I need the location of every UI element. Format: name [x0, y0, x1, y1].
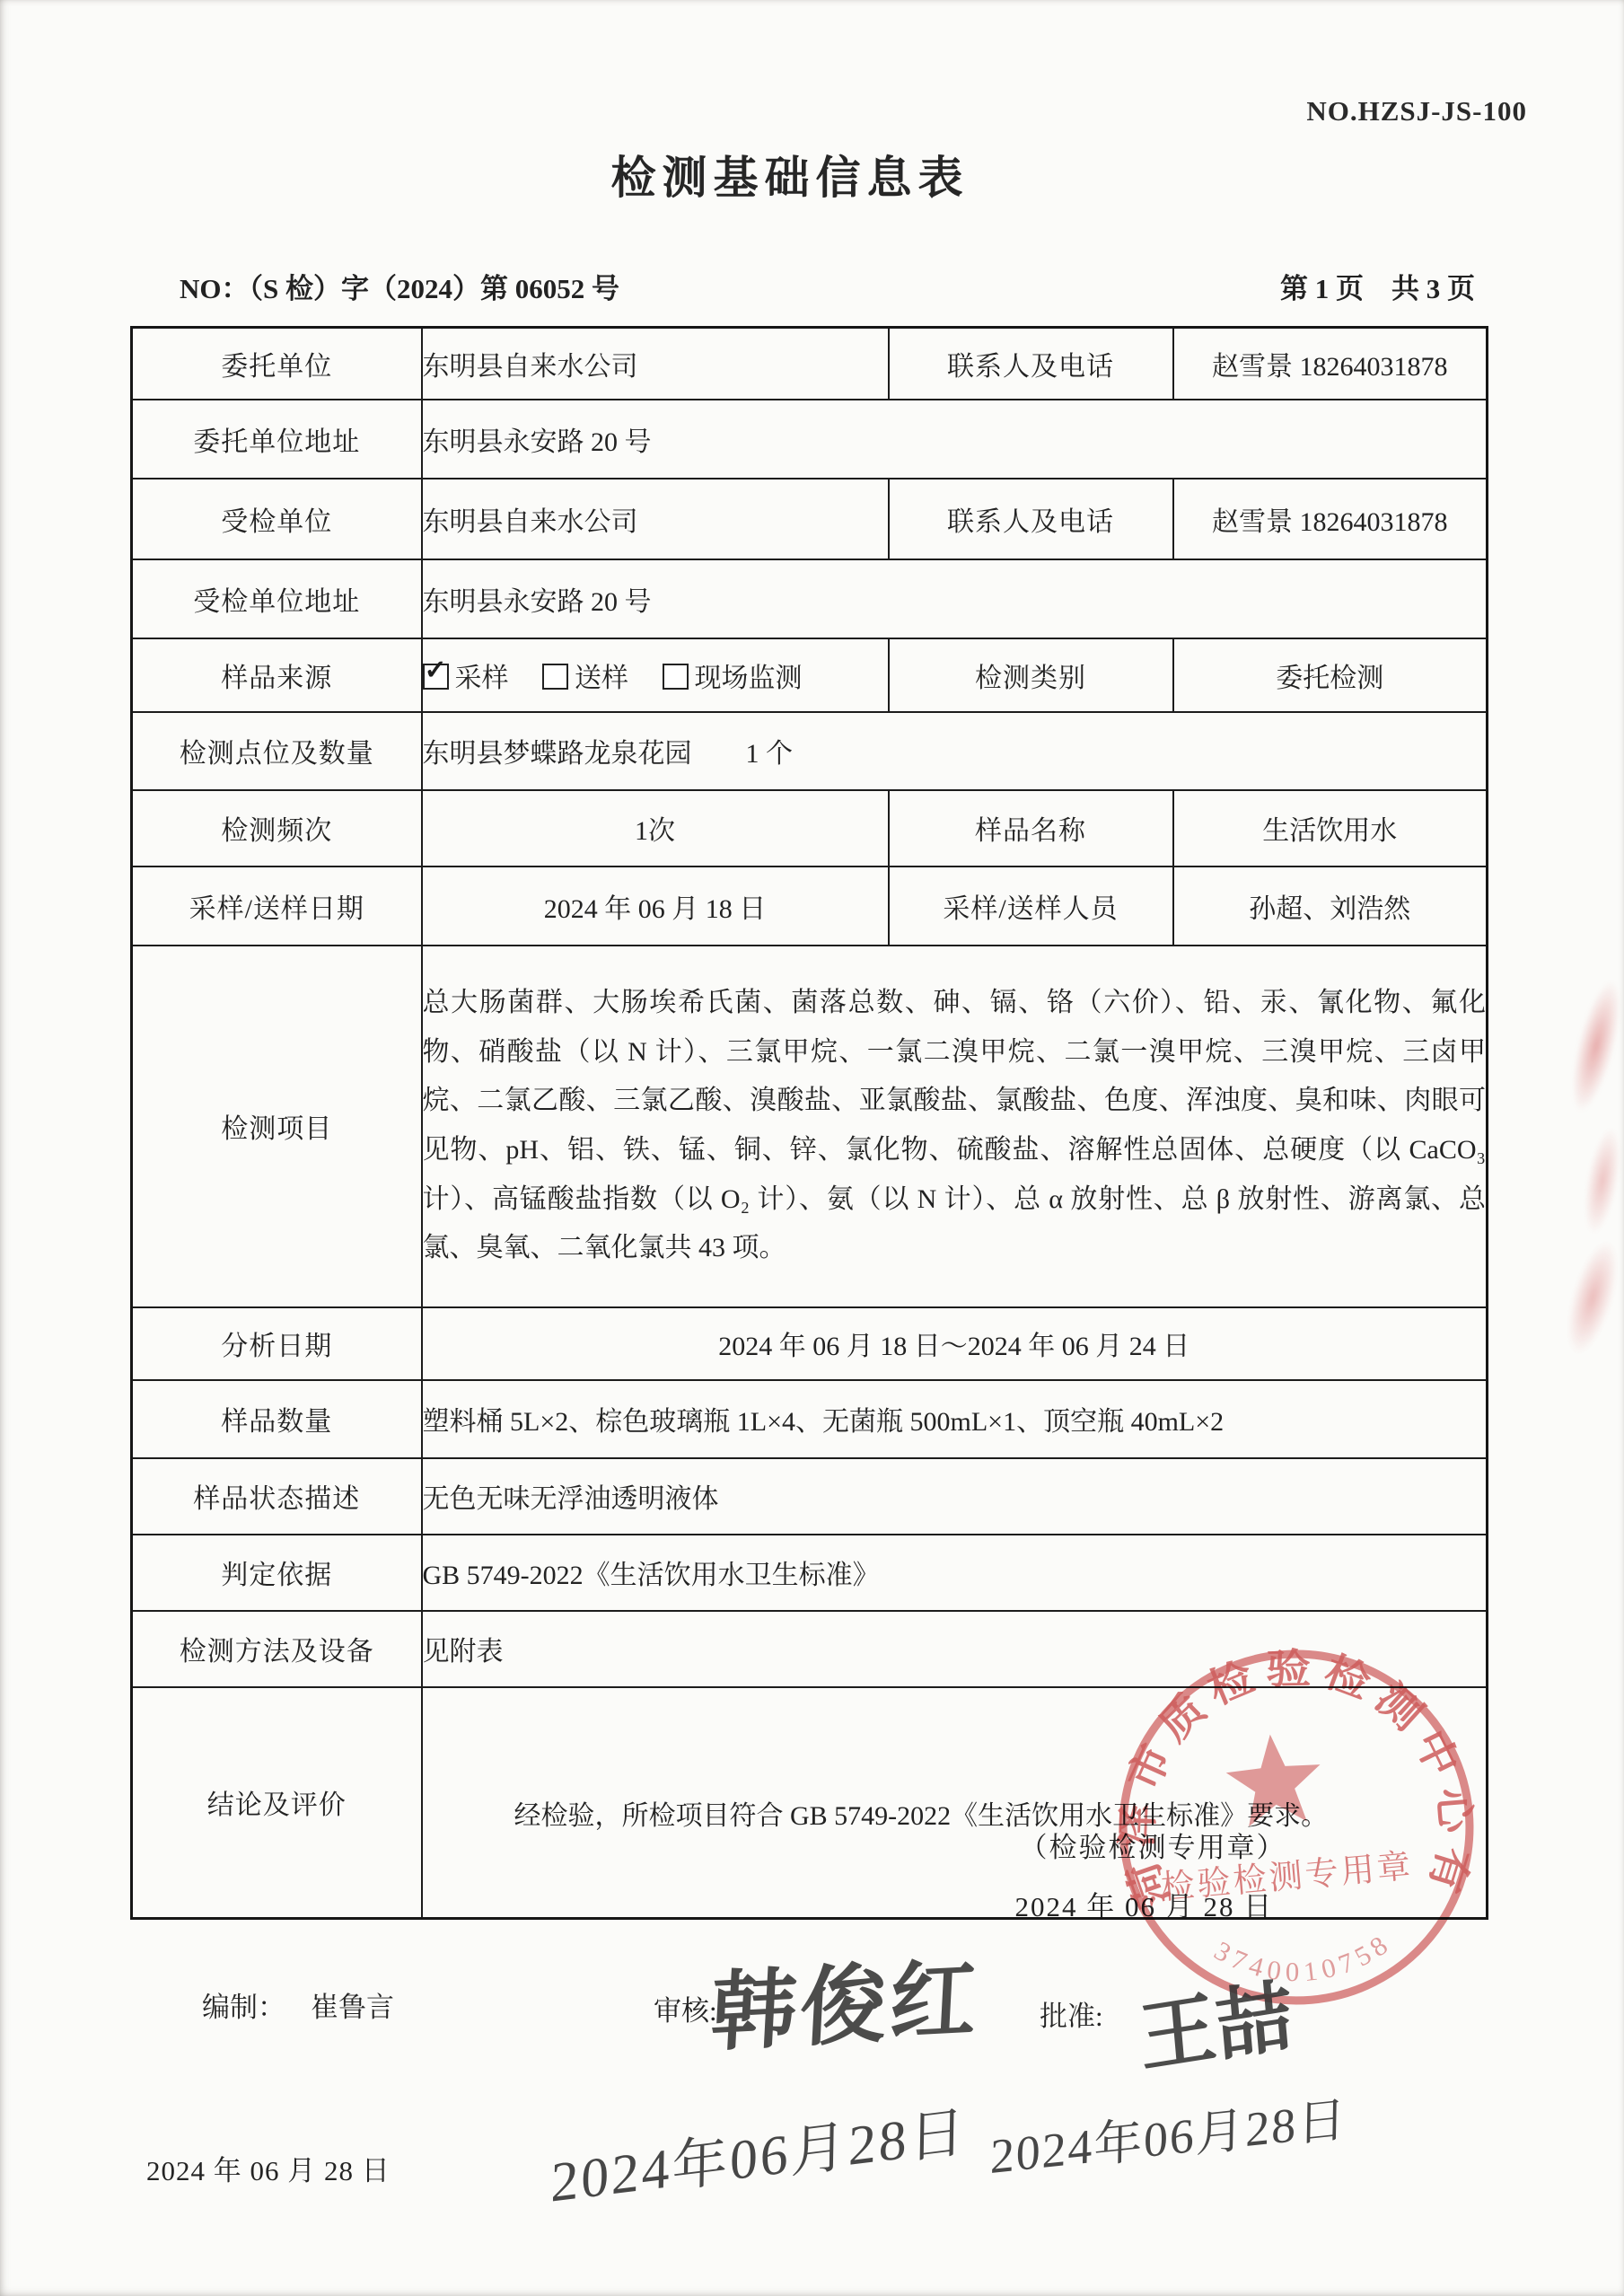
sample-state-value: 无色无味无浮油透明液体: [422, 1458, 1488, 1535]
seal-note: （检验检测专用章）: [1020, 1825, 1286, 1865]
prepared-label: 编制：: [202, 1992, 285, 2023]
option-sampling: ✓采样: [423, 664, 509, 693]
prepared-name: 崔鲁言: [311, 1992, 394, 2023]
report-number: NO：（S 检）字（2024）第 06052 号: [180, 266, 619, 306]
report-number-line: NO：（S 检）字（2024）第 06052 号 第 1 页 共 3 页: [130, 266, 1486, 306]
inspected-contact-label: 联系人及电话: [889, 479, 1173, 559]
info-table: 委托单位 东明县自来水公司 联系人及电话 赵雪景 18264031878 委托单…: [130, 326, 1488, 1920]
sampling-date-value: 2024 年 06 月 18 日: [422, 866, 889, 946]
prepared-by: 编制：崔鲁言: [202, 1984, 394, 2025]
checkbox-sampling-checked: ✓: [423, 664, 449, 690]
table-row: 受检单位 东明县自来水公司 联系人及电话 赵雪景 18264031878: [132, 479, 1488, 559]
option-sampling-label: 采样: [455, 664, 509, 693]
table-row: 检测方法及设备 见附表: [132, 1611, 1488, 1687]
inspected-address-value: 东明县永安路 20 号: [422, 559, 1488, 638]
frequency-value: 1次: [422, 790, 889, 866]
approver-signature-date: 2024年06月28日: [989, 2080, 1347, 2187]
sample-source-options: ✓采样 送样 现场监测: [422, 638, 889, 712]
sampling-points-value: 东明县梦蝶路龙泉花园 1 个: [422, 712, 1488, 790]
table-row: 样品状态描述 无色无味无浮油透明液体: [132, 1458, 1488, 1535]
conclusion-label: 结论及评价: [132, 1687, 422, 1919]
client-contact-label: 联系人及电话: [889, 328, 1173, 400]
table-row: 检测频次 1次 样品名称 生活饮用水: [132, 790, 1488, 866]
inspected-address-label: 受检单位地址: [132, 559, 422, 638]
sample-quantity-label: 样品数量: [132, 1380, 422, 1458]
conclusion-cell: 经检验，所检项目符合 GB 5749-2022《生活饮用水卫生标准》要求。 （检…: [422, 1687, 1488, 1919]
client-value: 东明县自来水公司: [422, 328, 889, 400]
inspected-unit-label: 受检单位: [132, 479, 422, 559]
approver-signature: 王喆: [1135, 1953, 1297, 2089]
page-title: 检测基础信息表: [0, 142, 1580, 207]
test-category-value: 委托检测: [1173, 638, 1488, 712]
check-icon: ✓: [425, 657, 447, 684]
personnel-label: 采样/送样人员: [889, 866, 1173, 946]
approved-label: 批准:: [1040, 1993, 1103, 2034]
conclusion-date: 2024 年 06 月 28 日: [1015, 1884, 1274, 1919]
client-address-label: 委托单位地址: [132, 400, 422, 479]
analysis-date-value: 2024 年 06 月 18 日～2024 年 06 月 24 日: [422, 1307, 1488, 1380]
sampling-points-label: 检测点位及数量: [132, 712, 422, 790]
test-items-value: 总大肠菌群、大肠埃希氏菌、菌落总数、砷、镉、铬（六价）、铅、汞、氰化物、氟化物、…: [422, 946, 1488, 1307]
table-row: 委托单位地址 东明县永安路 20 号: [132, 400, 1488, 479]
document-page: NO.HZSJ-JS-100 检测基础信息表 NO：（S 检）字（2024）第 …: [0, 0, 1624, 2296]
reviewer-signature: 韩俊红: [708, 1931, 984, 2068]
prepared-date: 2024 年 06 月 28 日: [146, 2148, 391, 2188]
judgment-basis-label: 判定依据: [132, 1535, 422, 1611]
table-row: 样品来源 ✓采样 送样 现场监测 检测类别 委托检测: [132, 638, 1488, 712]
frequency-label: 检测频次: [132, 790, 422, 866]
page-indicator: 第 1 页 共 3 页: [1280, 266, 1475, 306]
sampling-date-label: 采样/送样日期: [132, 866, 422, 946]
option-onsite-label: 现场监测: [695, 664, 803, 693]
reviewed-label: 审核:: [654, 1988, 717, 2028]
option-onsite: 现场监测: [663, 664, 803, 693]
table-row: 检测点位及数量 东明县梦蝶路龙泉花园 1 个: [132, 712, 1488, 790]
checkbox-onsite-unchecked: [663, 664, 689, 690]
test-category-label: 检测类别: [889, 638, 1173, 712]
table-row: 检测项目 总大肠菌群、大肠埃希氏菌、菌落总数、砷、镉、铬（六价）、铅、汞、氰化物…: [132, 946, 1488, 1307]
option-delivery: 送样: [542, 664, 628, 693]
sample-name-value: 生活饮用水: [1173, 790, 1488, 866]
sample-quantity-value: 塑料桶 5L×2、棕色玻璃瓶 1L×4、无菌瓶 500mL×1、顶空瓶 40mL…: [422, 1380, 1488, 1458]
test-items-label: 检测项目: [132, 946, 422, 1307]
table-row: 结论及评价 经检验，所检项目符合 GB 5749-2022《生活饮用水卫生标准》…: [132, 1687, 1488, 1919]
personnel-value: 孙超、刘浩然: [1173, 866, 1488, 946]
method-equipment-value: 见附表: [422, 1611, 1488, 1687]
analysis-date-label: 分析日期: [132, 1307, 422, 1380]
option-delivery-label: 送样: [575, 664, 628, 693]
sample-state-label: 样品状态描述: [132, 1458, 422, 1535]
table-row: 受检单位地址 东明县永安路 20 号: [132, 559, 1488, 638]
checkbox-delivery-unchecked: [542, 664, 568, 690]
conclusion-text: 经检验，所检项目符合 GB 5749-2022《生活饮用水卫生标准》要求。: [450, 1796, 1460, 1836]
inspected-contact-value: 赵雪景 18264031878: [1173, 479, 1488, 559]
table-row: 判定依据 GB 5749-2022《生活饮用水卫生标准》: [132, 1535, 1488, 1611]
inspected-unit-value: 东明县自来水公司: [422, 479, 889, 559]
side-stamp-smudge: [1558, 1236, 1624, 1359]
table-row: 委托单位 东明县自来水公司 联系人及电话 赵雪景 18264031878: [132, 328, 1488, 400]
client-contact-value: 赵雪景 18264031878: [1173, 328, 1488, 400]
method-equipment-label: 检测方法及设备: [132, 1611, 422, 1687]
client-address-value: 东明县永安路 20 号: [422, 400, 1488, 479]
document-number: NO.HZSJ-JS-100: [1306, 95, 1527, 128]
judgment-basis-value: GB 5749-2022《生活饮用水卫生标准》: [422, 1535, 1488, 1611]
table-row: 分析日期 2024 年 06 月 18 日～2024 年 06 月 24 日: [132, 1307, 1488, 1380]
sample-name-label: 样品名称: [889, 790, 1173, 866]
side-stamp-smudge: [1578, 1125, 1624, 1236]
table-row: 样品数量 塑料桶 5L×2、棕色玻璃瓶 1L×4、无菌瓶 500mL×1、顶空瓶…: [132, 1380, 1488, 1458]
sample-source-label: 样品来源: [132, 638, 422, 712]
client-label: 委托单位: [132, 328, 422, 400]
side-stamp-smudge: [1562, 976, 1624, 1115]
reviewer-signature-date: 2024年06月28日: [550, 2086, 968, 2218]
table-row: 采样/送样日期 2024 年 06 月 18 日 采样/送样人员 孙超、刘浩然: [132, 866, 1488, 946]
